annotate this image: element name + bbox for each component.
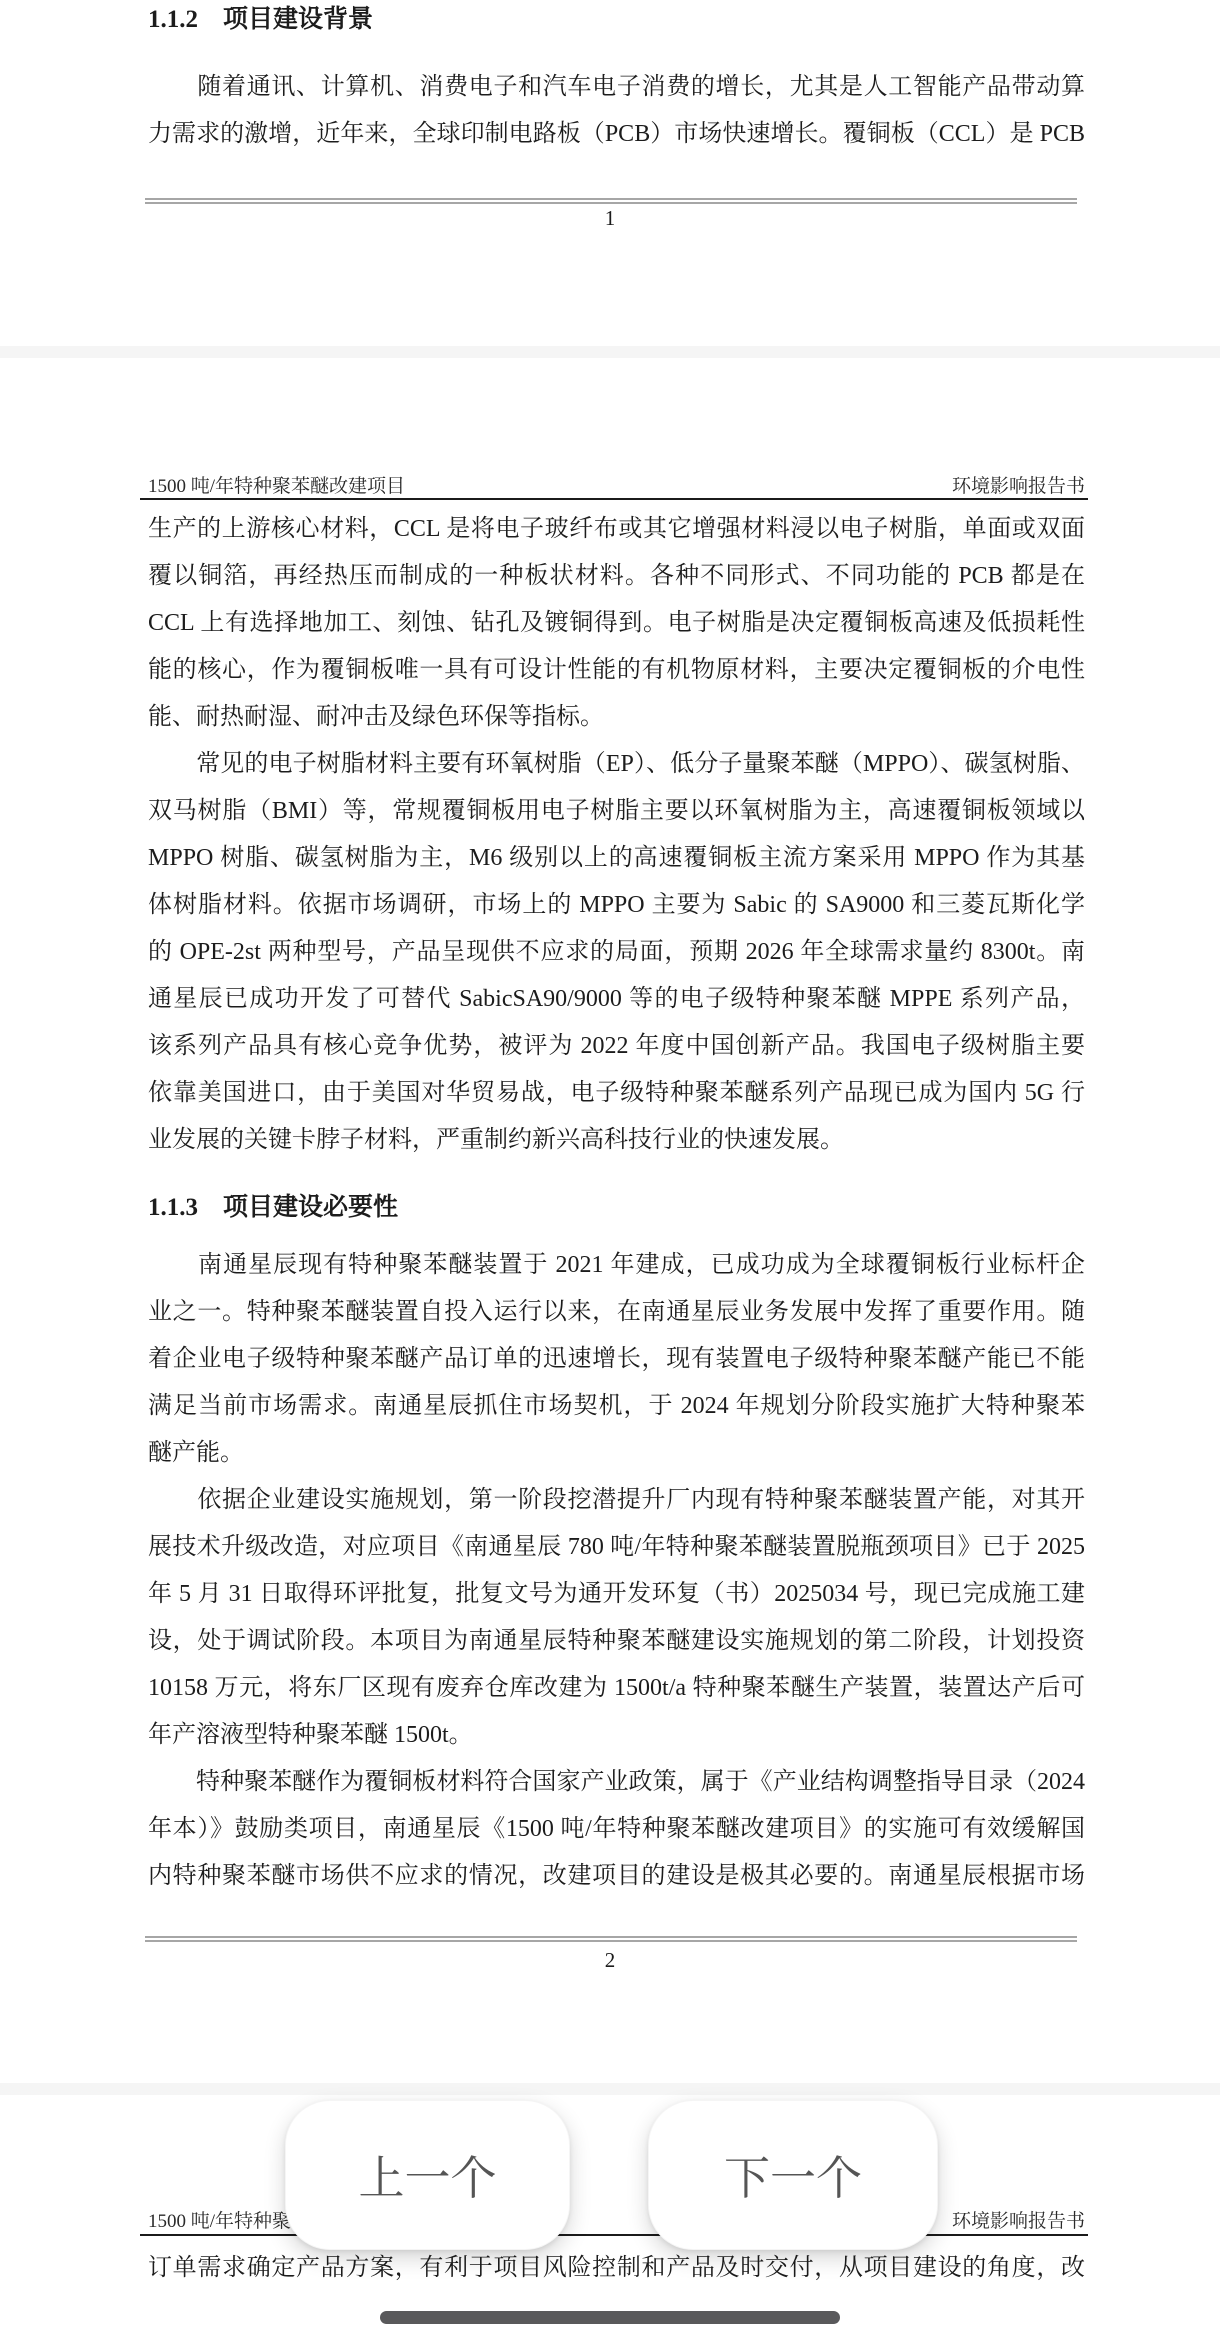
home-indicator[interactable] bbox=[380, 2311, 840, 2324]
page-2-body: 生产的上游核心材料，CCL 是将电子玻纤布或其它增强材料浸以电子树脂，单面或双面… bbox=[148, 506, 1085, 1900]
page-number: 1 bbox=[0, 206, 1220, 230]
document-text-line: 力需求的激增，近年来，全球印制电路板（PCB）市场快速增长。覆铜板（CCL）是 … bbox=[148, 111, 1085, 158]
page-header: 1500 吨/年特种聚苯醚改建项目 环境影响报告书 bbox=[148, 476, 1085, 498]
page-separator bbox=[0, 346, 1220, 358]
document-text-line: MPPO 树脂、碳氢树脂为主，M6 级别以上的高速覆铜板主流方案采用 MPPO … bbox=[148, 835, 1085, 882]
page-header-right: 环境影响报告书 bbox=[952, 476, 1085, 498]
document-text-line: 能的核心，作为覆铜板唯一具有可设计性能的有机物原材料，主要决定覆铜板的介电性 bbox=[148, 647, 1085, 694]
page-separator bbox=[0, 2083, 1220, 2095]
page-1-paragraph: 随着通讯、计算机、消费电子和汽车电子消费的增长，尤其是人工智能产品带动算力需求的… bbox=[148, 64, 1085, 158]
document-text-line: 满足当前市场需求。南通星辰抓住市场契机，于 2024 年规划分阶段实施扩大特种聚… bbox=[148, 1383, 1085, 1430]
document-text-line: 业发展的关键卡脖子材料，严重制约新兴高科技行业的快速发展。 bbox=[148, 1117, 1085, 1164]
document-text-line: 订单需求确定产品方案，有利于项目风险控制和产品及时交付，从项目建设的角度，改 bbox=[148, 2245, 1085, 2292]
page-footer-rule bbox=[145, 198, 1077, 204]
document-text-line: 随着通讯、计算机、消费电子和汽车电子消费的增长，尤其是人工智能产品带动算 bbox=[148, 64, 1085, 111]
previous-button-label: 上一个 bbox=[359, 2142, 497, 2208]
document-text-line: 内特种聚苯醚市场供不应求的情况，改建项目的建设是极其必要的。南通星辰根据市场 bbox=[148, 1853, 1085, 1900]
document-text-line: 常见的电子树脂材料主要有环氧树脂（EP）、低分子量聚苯醚（MPPO）、碳氢树脂、 bbox=[148, 741, 1085, 788]
document-text-line: 展技术升级改造，对应项目《南通星辰 780 吨/年特种聚苯醚装置脱瓶颈项目》已于… bbox=[148, 1524, 1085, 1571]
document-text-line: 着企业电子级特种聚苯醚产品订单的迅速增长，现有装置电子级特种聚苯醚产能已不能 bbox=[148, 1336, 1085, 1383]
page-header-rule bbox=[140, 498, 1088, 500]
document-text-line: 设，处于调试阶段。本项目为南通星辰特种聚苯醚建设实施规划的第二阶段，计划投资 bbox=[148, 1618, 1085, 1665]
document-text-line: 通星辰已成功开发了可替代 SabicSA90/9000 等的电子级特种聚苯醚 M… bbox=[148, 976, 1085, 1023]
page-3-body: 订单需求确定产品方案，有利于项目风险控制和产品及时交付，从项目建设的角度，改 bbox=[148, 2245, 1085, 2292]
document-text-line: 依靠美国进口，由于美国对华贸易战，电子级特种聚苯醚系列产品现已成为国内 5G 行 bbox=[148, 1070, 1085, 1117]
paragraphs-before-heading: 生产的上游核心材料，CCL 是将电子玻纤布或其它增强材料浸以电子树脂，单面或双面… bbox=[148, 506, 1085, 1164]
next-button-label: 下一个 bbox=[724, 2142, 862, 2208]
previous-button[interactable]: 上一个 bbox=[285, 2100, 570, 2250]
paragraphs-after-heading: 南通星辰现有特种聚苯醚装置于 2021 年建成，已成功成为全球覆铜板行业标杆企业… bbox=[148, 1242, 1085, 1900]
document-text-line: 该系列产品具有核心竞争优势，被评为 2022 年度中国创新产品。我国电子级树脂主… bbox=[148, 1023, 1085, 1070]
page-header-left: 1500 吨/年特种聚苯醚改建项目 bbox=[148, 476, 405, 498]
document-text-line: 南通星辰现有特种聚苯醚装置于 2021 年建成，已成功成为全球覆铜板行业标杆企 bbox=[148, 1242, 1085, 1289]
document-text-line: CCL 上有选择地加工、刻蚀、钻孔及镀铜得到。电子树脂是决定覆铜板高速及低损耗性 bbox=[148, 600, 1085, 647]
document-text-line: 依据企业建设实施规划，第一阶段挖潜提升厂内现有特种聚苯醚装置产能，对其开 bbox=[148, 1477, 1085, 1524]
document-text-line: 生产的上游核心材料，CCL 是将电子玻纤布或其它增强材料浸以电子树脂，单面或双面 bbox=[148, 506, 1085, 553]
document-text-line: 体树脂材料。依据市场调研，市场上的 MPPO 主要为 Sabic 的 SA900… bbox=[148, 882, 1085, 929]
document-text-line: 能、耐热耐湿、耐冲击及绿色环保等指标。 bbox=[148, 694, 1085, 741]
section-heading-1-1-3: 1.1.3 项目建设必要性 bbox=[148, 1190, 1085, 1226]
document-text-line: 覆以铜箔，再经热压而制成的一种板状材料。各种不同形式、不同功能的 PCB 都是在 bbox=[148, 553, 1085, 600]
document-text-line: 特种聚苯醚作为覆铜板材料符合国家产业政策，属于《产业结构调整指导目录（2024 bbox=[148, 1759, 1085, 1806]
next-button[interactable]: 下一个 bbox=[648, 2100, 938, 2250]
page-header-rule bbox=[140, 2234, 1088, 2236]
document-text-line: 年本）》鼓励类项目，南通星辰《1500 吨/年特种聚苯醚改建项目》的实施可有效缓… bbox=[148, 1806, 1085, 1853]
section-heading-1-1-2: 1.1.2 项目建设背景 bbox=[148, 2, 1085, 38]
document-text-line: 10158 万元，将东厂区现有废弃仓库改建为 1500t/a 特种聚苯醚生产装置… bbox=[148, 1665, 1085, 1712]
document-text-line: 双马树脂（BMI）等，常规覆铜板用电子树脂主要以环氧树脂为主，高速覆铜板领域以 bbox=[148, 788, 1085, 835]
document-text-line: 醚产能。 bbox=[148, 1430, 1085, 1477]
document-text-line: 年产溶液型特种聚苯醚 1500t。 bbox=[148, 1712, 1085, 1759]
document-text-line: 的 OPE-2st 两种型号，产品呈现供不应求的局面，预期 2026 年全球需求… bbox=[148, 929, 1085, 976]
page-footer-rule bbox=[145, 1936, 1077, 1942]
document-text-line: 年 5 月 31 日取得环评批复，批复文号为通开发环复（书）2025034 号，… bbox=[148, 1571, 1085, 1618]
document-viewer: { "ui": { "prev_button": "上一个", "next_bu… bbox=[0, 0, 1220, 2334]
page-header-right: 环境影响报告书 bbox=[952, 2211, 1085, 2233]
page-number: 2 bbox=[0, 1948, 1220, 1972]
document-text-line: 业之一。特种聚苯醚装置自投入运行以来，在南通星辰业务发展中发挥了重要作用。随 bbox=[148, 1289, 1085, 1336]
